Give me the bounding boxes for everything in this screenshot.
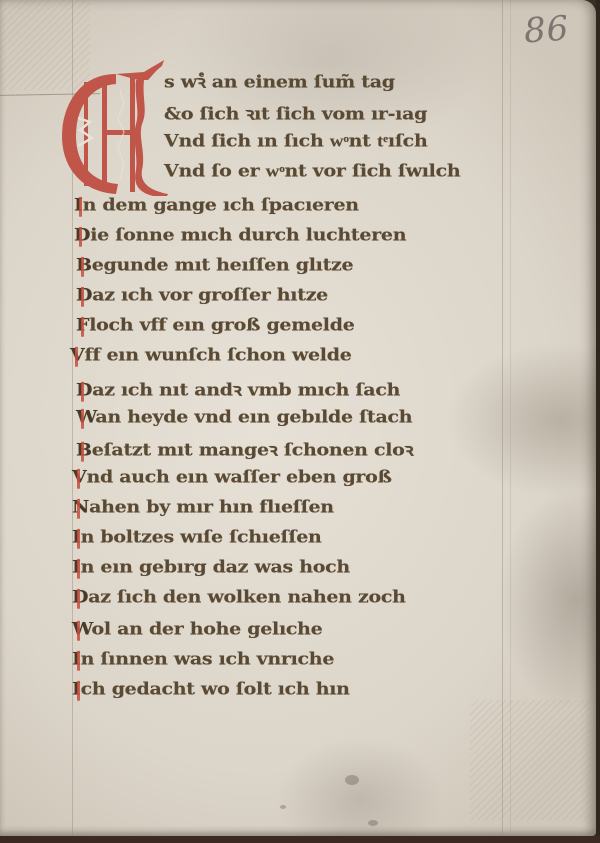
line-text: &o ſich ꝛıt ſich vom ır‑ıag	[164, 104, 427, 124]
line-text: n boltzes wıſe ſchıeſſen	[81, 527, 322, 547]
text-line-7: Begunde mıt heıſſen glıtze	[76, 255, 353, 275]
ruling-right-margin-outer	[510, 0, 511, 836]
line-text: ff eın wunſch ſchon welde	[84, 345, 351, 365]
binding-edge-bottom	[0, 836, 600, 843]
line-capital: W	[72, 619, 92, 639]
text-line-1: s wꝛͤ an einem ſum̃ tag	[164, 69, 395, 92]
binding-edge-right	[596, 0, 600, 843]
line-capital: I	[72, 649, 81, 669]
text-line-17: In eın gebırg daz was hoch	[72, 557, 350, 577]
line-text: nd auch eın waſſer eben groß	[86, 467, 391, 487]
text-line-14: Vnd auch eın waſſer eben groß	[72, 467, 392, 487]
folio-number: 86	[523, 8, 571, 51]
line-capital: F	[76, 315, 89, 335]
line-capital: B	[76, 255, 92, 275]
text-line-12: Wan heyde vnd eın gebılde ſtach	[76, 407, 412, 427]
line-text: eſatzt mıt mangeꝛ ſchonen cloꝛ	[92, 440, 414, 460]
line-text: az ıch vor groſſer hıtze	[92, 285, 328, 305]
line-text: n dem gange ıch ſpacıeren	[83, 195, 359, 215]
line-capital: V	[72, 467, 86, 487]
text-line-5: In dem gange ıch ſpacıeren	[74, 195, 359, 215]
text-line-2: &o ſich ꝛıt ſich vom ır‑ıag	[164, 101, 427, 124]
line-text: egunde mıt heıſſen glıtze	[92, 255, 354, 275]
text-line-21: Ich gedacht wo ſolt ıch hın	[72, 679, 350, 699]
text-line-18: Daz ſıch den wolken nahen zoch	[72, 587, 406, 607]
text-line-4: Vnd ſo er wͦnt vor ſich ſwılch	[164, 161, 460, 182]
line-capital: D	[76, 380, 92, 400]
text-line-15: Nahen by mır hın flıeſſen	[72, 497, 334, 517]
text-line-11: Daz ıch nıt andꝛ vmb mıch ſach	[76, 377, 400, 400]
line-capital: I	[72, 679, 81, 699]
text-line-19: Wol an der hohe gelıche	[72, 619, 322, 639]
line-text: Vnd ſo er wͦnt vor ſich ſwılch	[164, 161, 460, 181]
text-line-16: In boltzes wıſe ſchıeſſen	[72, 527, 322, 547]
line-capital: B	[76, 440, 92, 460]
line-text: ie ſonne mıch durch luchteren	[90, 225, 406, 245]
line-capital: I	[72, 557, 81, 577]
line-capital: D	[74, 225, 90, 245]
line-text: az ıch nıt andꝛ vmb mıch ſach	[92, 380, 400, 400]
text-line-3: Vnd ſich ın ſıch wͦnt tͤıſch	[164, 131, 427, 152]
line-text: Vnd ſich ın ſıch wͦnt tͤıſch	[164, 131, 427, 151]
line-capital: D	[72, 587, 88, 607]
manuscript-leaf: 86 s wꝛͤ an einem ſum̃ tag &o ſich ꝛıt ſ…	[0, 0, 596, 836]
line-text: n eın gebırg daz was hoch	[81, 557, 350, 577]
text-line-20: In ſınnen was ıch vnrıche	[72, 649, 334, 669]
text-line-10: Vff eın wunſch ſchon welde	[70, 345, 352, 365]
line-text: n ſınnen was ıch vnrıche	[81, 649, 335, 669]
line-text: an heyde vnd eın gebılde ſtach	[95, 407, 412, 427]
line-text: ch gedacht wo ſolt ıch hın	[81, 679, 350, 699]
decorated-initial-e-icon	[58, 60, 168, 196]
stain	[368, 820, 378, 826]
line-capital: V	[70, 345, 84, 365]
stain	[280, 805, 286, 809]
line-text: s wꝛͤ an einem ſum̃ tag	[164, 72, 395, 92]
line-capital: W	[76, 407, 95, 427]
line-text: ol an der hohe gelıche	[92, 619, 323, 639]
line-capital: I	[74, 195, 83, 215]
line-capital: N	[72, 497, 89, 517]
text-line-9: Floch vff eın groß gemelde	[76, 315, 355, 335]
ruling-right-margin	[502, 0, 503, 836]
text-line-6: Die ſonne mıch durch luchteren	[74, 225, 406, 245]
line-capital: D	[76, 285, 92, 305]
line-capital: I	[72, 527, 81, 547]
line-text: loch vff eın groß gemelde	[89, 315, 354, 335]
line-text: ahen by mır hın flıeſſen	[89, 497, 334, 517]
line-text: az ſıch den wolken nahen zoch	[88, 587, 405, 607]
text-line-13: Beſatzt mıt mangeꝛ ſchonen cloꝛ	[76, 437, 413, 460]
text-line-8: Daz ıch vor groſſer hıtze	[76, 285, 328, 305]
stain	[345, 775, 359, 785]
scan-hatching-bottom-right	[470, 700, 590, 820]
